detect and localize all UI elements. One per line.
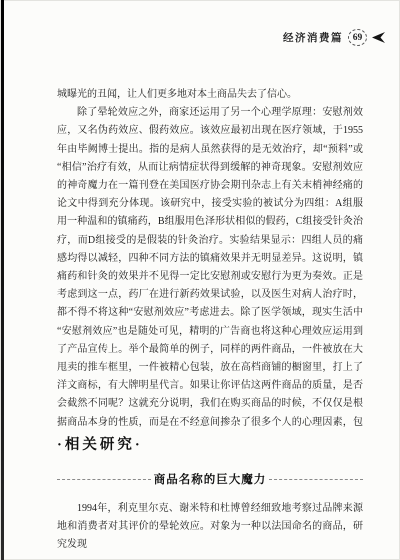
arrow-icon	[372, 32, 385, 43]
section-heading: ·相关研究·	[57, 433, 143, 454]
related-research-text-block: 1994年，利克里尔克、谢米特和杜博曾经细致地考察过品牌来源地和消费者对其评价的…	[57, 500, 363, 550]
paragraph: 1994年，利克里尔克、谢米特和杜博曾经细致地考察过品牌来源地和消费者对其评价的…	[57, 500, 363, 550]
book-page: 经济消费篇 69 城曝光的丑闻，让人们更多地对本土商品失去了信心。 除了晕轮效应…	[0, 0, 400, 560]
paragraph: 除了晕轮效应之外，商家还运用了另一个心理学原理：安慰剂效应，又名伪药效应、假药效…	[57, 104, 363, 432]
main-text-block: 城曝光的丑闻，让人们更多地对本土商品失去了信心。 除了晕轮效应之外，商家还运用了…	[57, 86, 363, 432]
sub-heading: 商品名称的巨大魔力	[151, 471, 270, 487]
dashed-rule-left	[57, 479, 151, 480]
dashed-rule-right	[269, 479, 363, 480]
sub-heading-row: 商品名称的巨大魔力	[57, 471, 363, 487]
page-header: 经济消费篇 69	[283, 29, 385, 46]
page-number-badge: 69	[348, 29, 367, 46]
page-binding-edge	[1, 0, 4, 560]
section-title: 经济消费篇	[283, 30, 343, 45]
paragraph: 城曝光的丑闻，让人们更多地对本土商品失去了信心。	[57, 86, 363, 104]
